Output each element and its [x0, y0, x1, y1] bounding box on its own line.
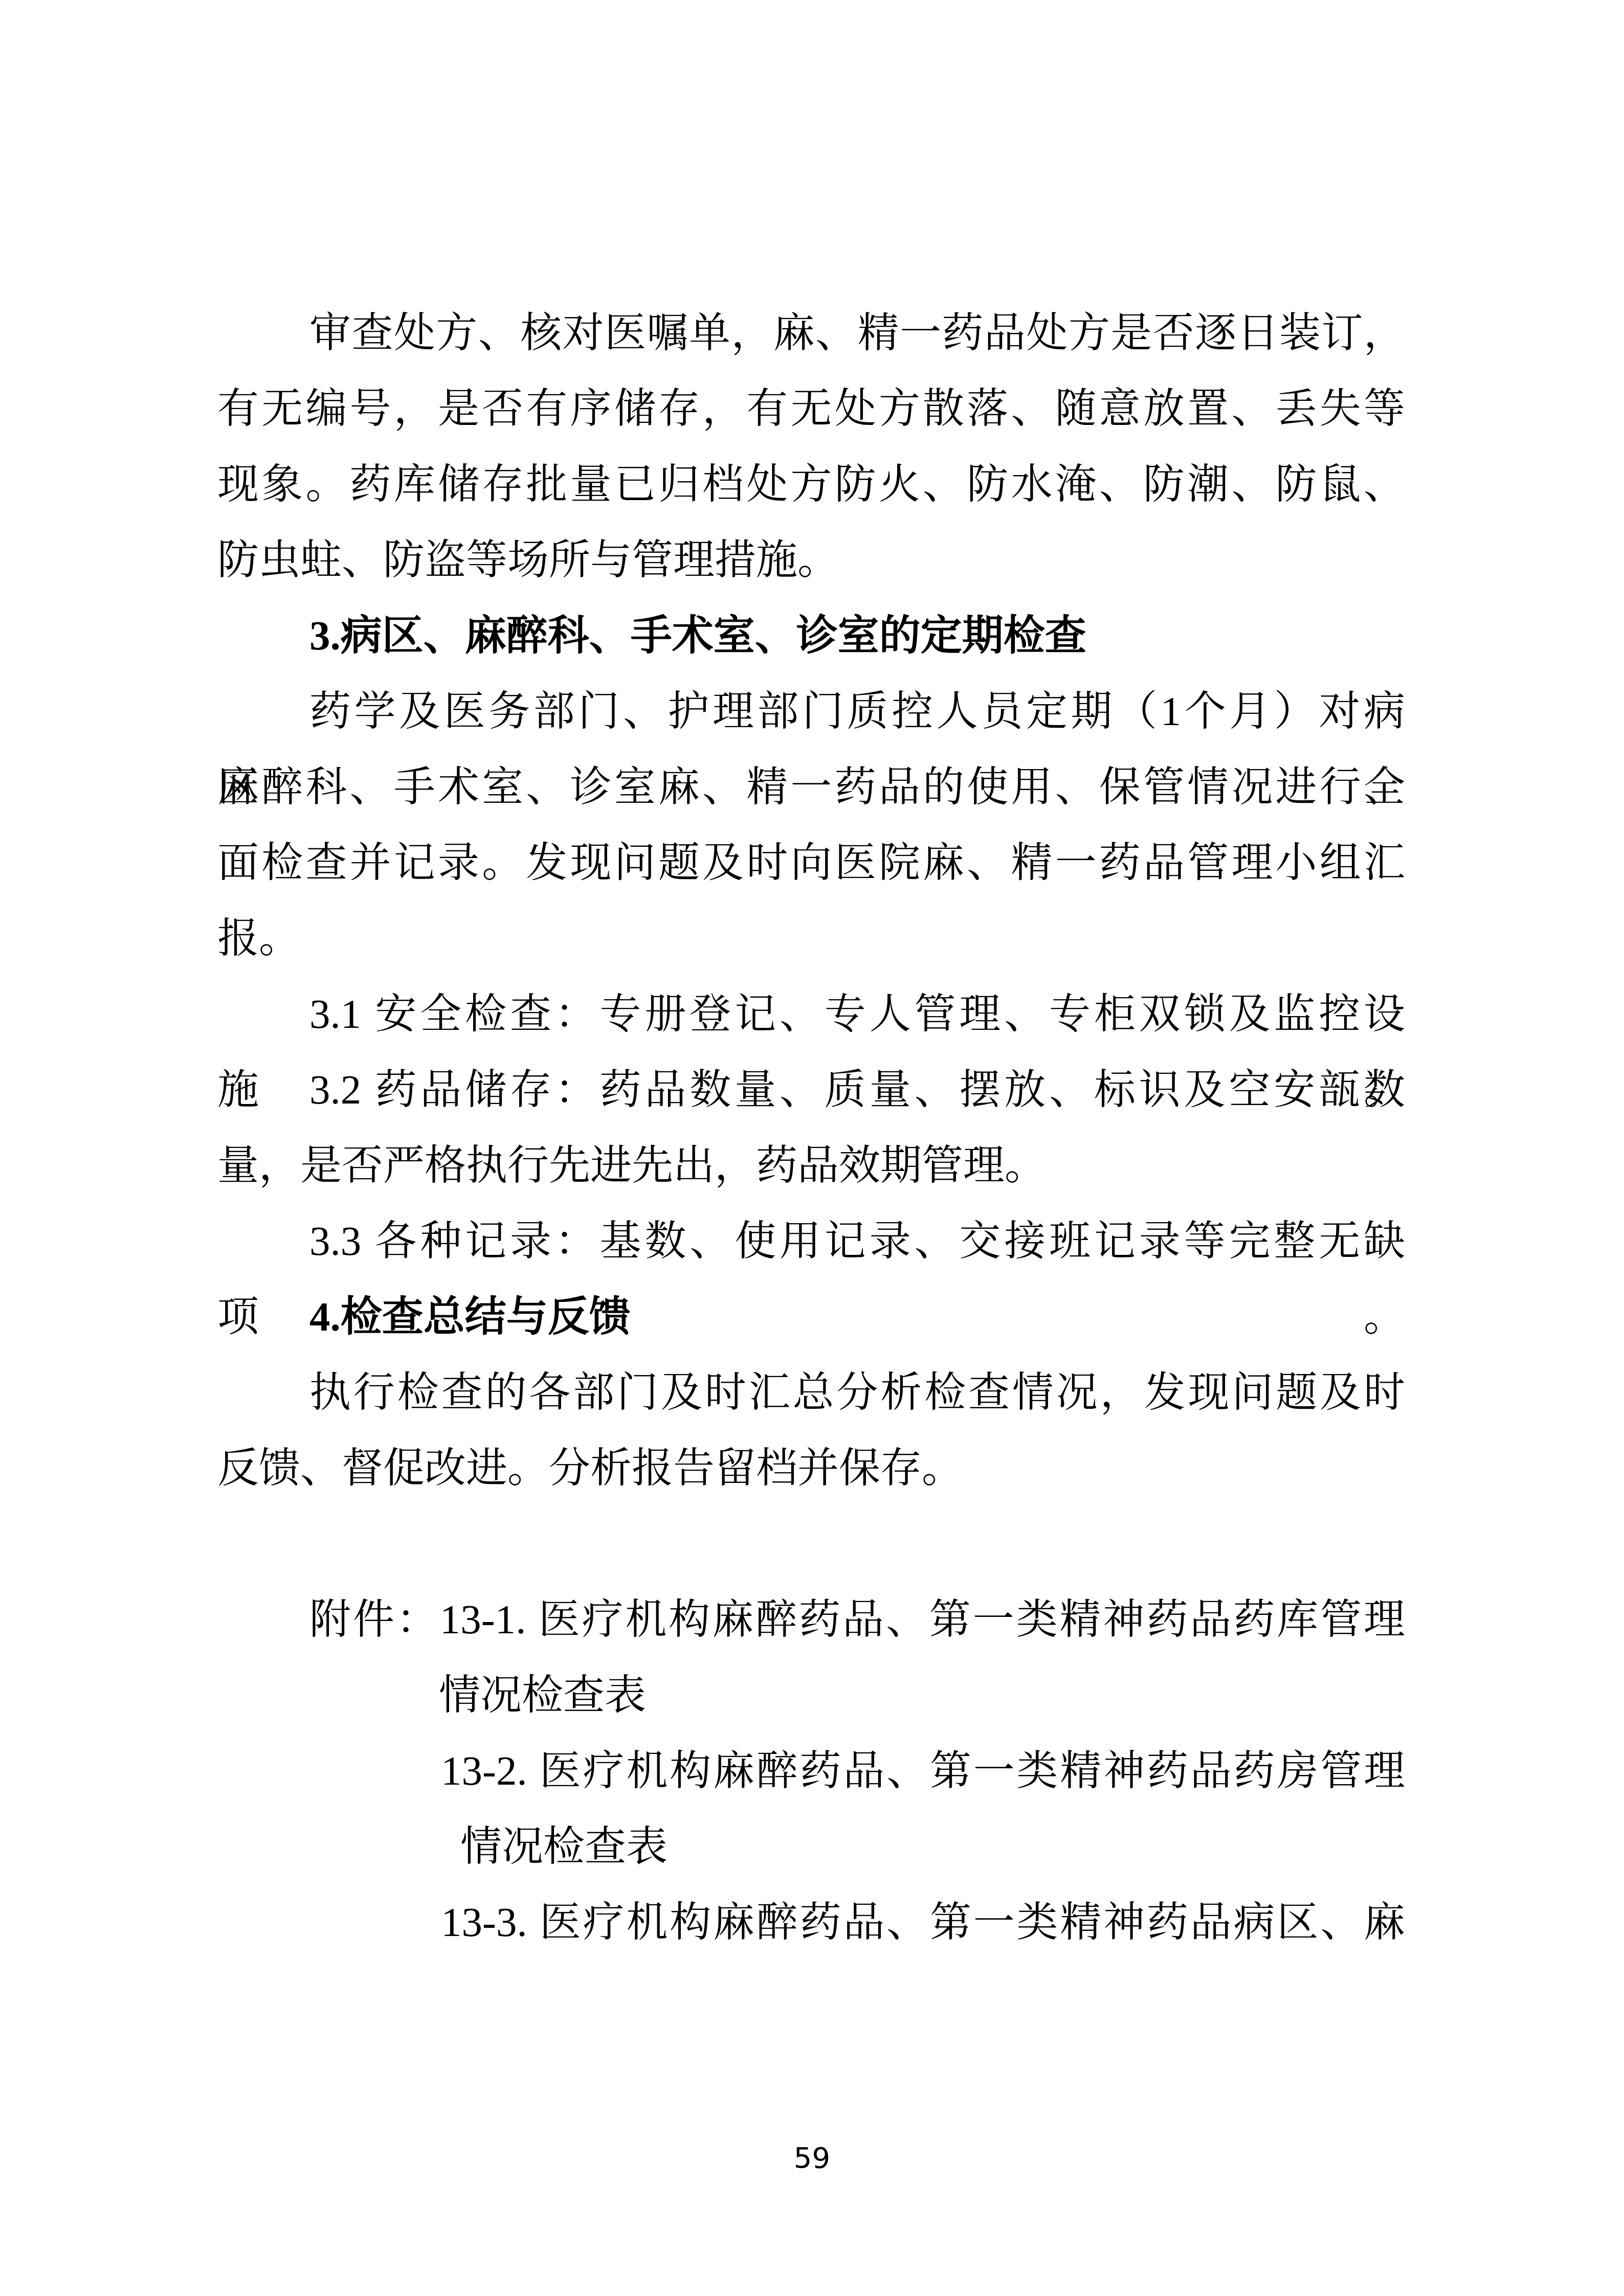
- attachment-13-1-line-2: 情况检查表: [439, 1657, 1405, 1733]
- para-periodic-inspection-line-1: 药学及医务部门、护理部门质控人员定期（1个月）对病区、: [217, 673, 1405, 749]
- section-heading-3: 3.病区、麻醉科、手术室、诊室的定期检查: [217, 598, 1405, 673]
- para-periodic-inspection-line-2: 麻醉科、手术室、诊室麻、精一药品的使用、保管情况进行全: [217, 749, 1405, 825]
- attachment-13-1-line-1: 附件：13-1. 医疗机构麻醉药品、第一类精神药品药库管理: [217, 1582, 1405, 1657]
- attachment-13-3-line-1: 13-3. 医疗机构麻醉药品、第一类精神药品病区、麻: [441, 1884, 1405, 1960]
- document-page: 审查处方、核对医嘱单，麻、精一药品处方是否逐日装订， 有无编号，是否有序储存，有…: [0, 0, 1624, 2296]
- para-prescription-review-line-4: 防虫蛀、防盗等场所与管理措施。: [217, 522, 1405, 598]
- item-3-3-records: 3.3 各种记录：基数、使用记录、交接班记录等完整无缺项。: [217, 1203, 1405, 1279]
- attachment-13-2-line-1: 13-2. 医疗机构麻醉药品、第一类精神药品药房管理: [441, 1733, 1405, 1809]
- para-prescription-review-line-2: 有无编号，是否有序储存，有无处方散落、随意放置、丢失等: [217, 371, 1405, 446]
- para-prescription-review-line-1: 审查处方、核对医嘱单，麻、精一药品处方是否逐日装订，: [217, 295, 1405, 371]
- item-3-2-drug-storage-line-2: 量，是否严格执行先进先出，药品效期管理。: [217, 1128, 1405, 1203]
- page-number: 59: [0, 2141, 1624, 2176]
- para-prescription-review-line-3: 现象。药库储存批量已归档处方防火、防水淹、防潮、防鼠、: [217, 446, 1405, 522]
- para-summary-feedback-line-1: 执行检查的各部门及时汇总分析检查情况，发现问题及时: [217, 1355, 1405, 1430]
- blank-line: [217, 1506, 1405, 1582]
- attachment-13-2-line-2: 情况检查表: [460, 1809, 1405, 1884]
- item-3-1-safety-check: 3.1 安全检查：专册登记、专人管理、专柜双锁及监控设施。: [217, 976, 1405, 1052]
- para-periodic-inspection-line-3: 面检查并记录。发现问题及时向医院麻、精一药品管理小组汇: [217, 825, 1405, 901]
- body-text-column: 审查处方、核对医嘱单，麻、精一药品处方是否逐日装订， 有无编号，是否有序储存，有…: [217, 295, 1405, 1960]
- para-summary-feedback-line-2: 反馈、督促改进。分析报告留档并保存。: [217, 1430, 1405, 1506]
- para-periodic-inspection-line-4: 报。: [217, 901, 1405, 976]
- item-3-2-drug-storage-line-1: 3.2 药品储存：药品数量、质量、摆放、标识及空安瓿数: [217, 1052, 1405, 1128]
